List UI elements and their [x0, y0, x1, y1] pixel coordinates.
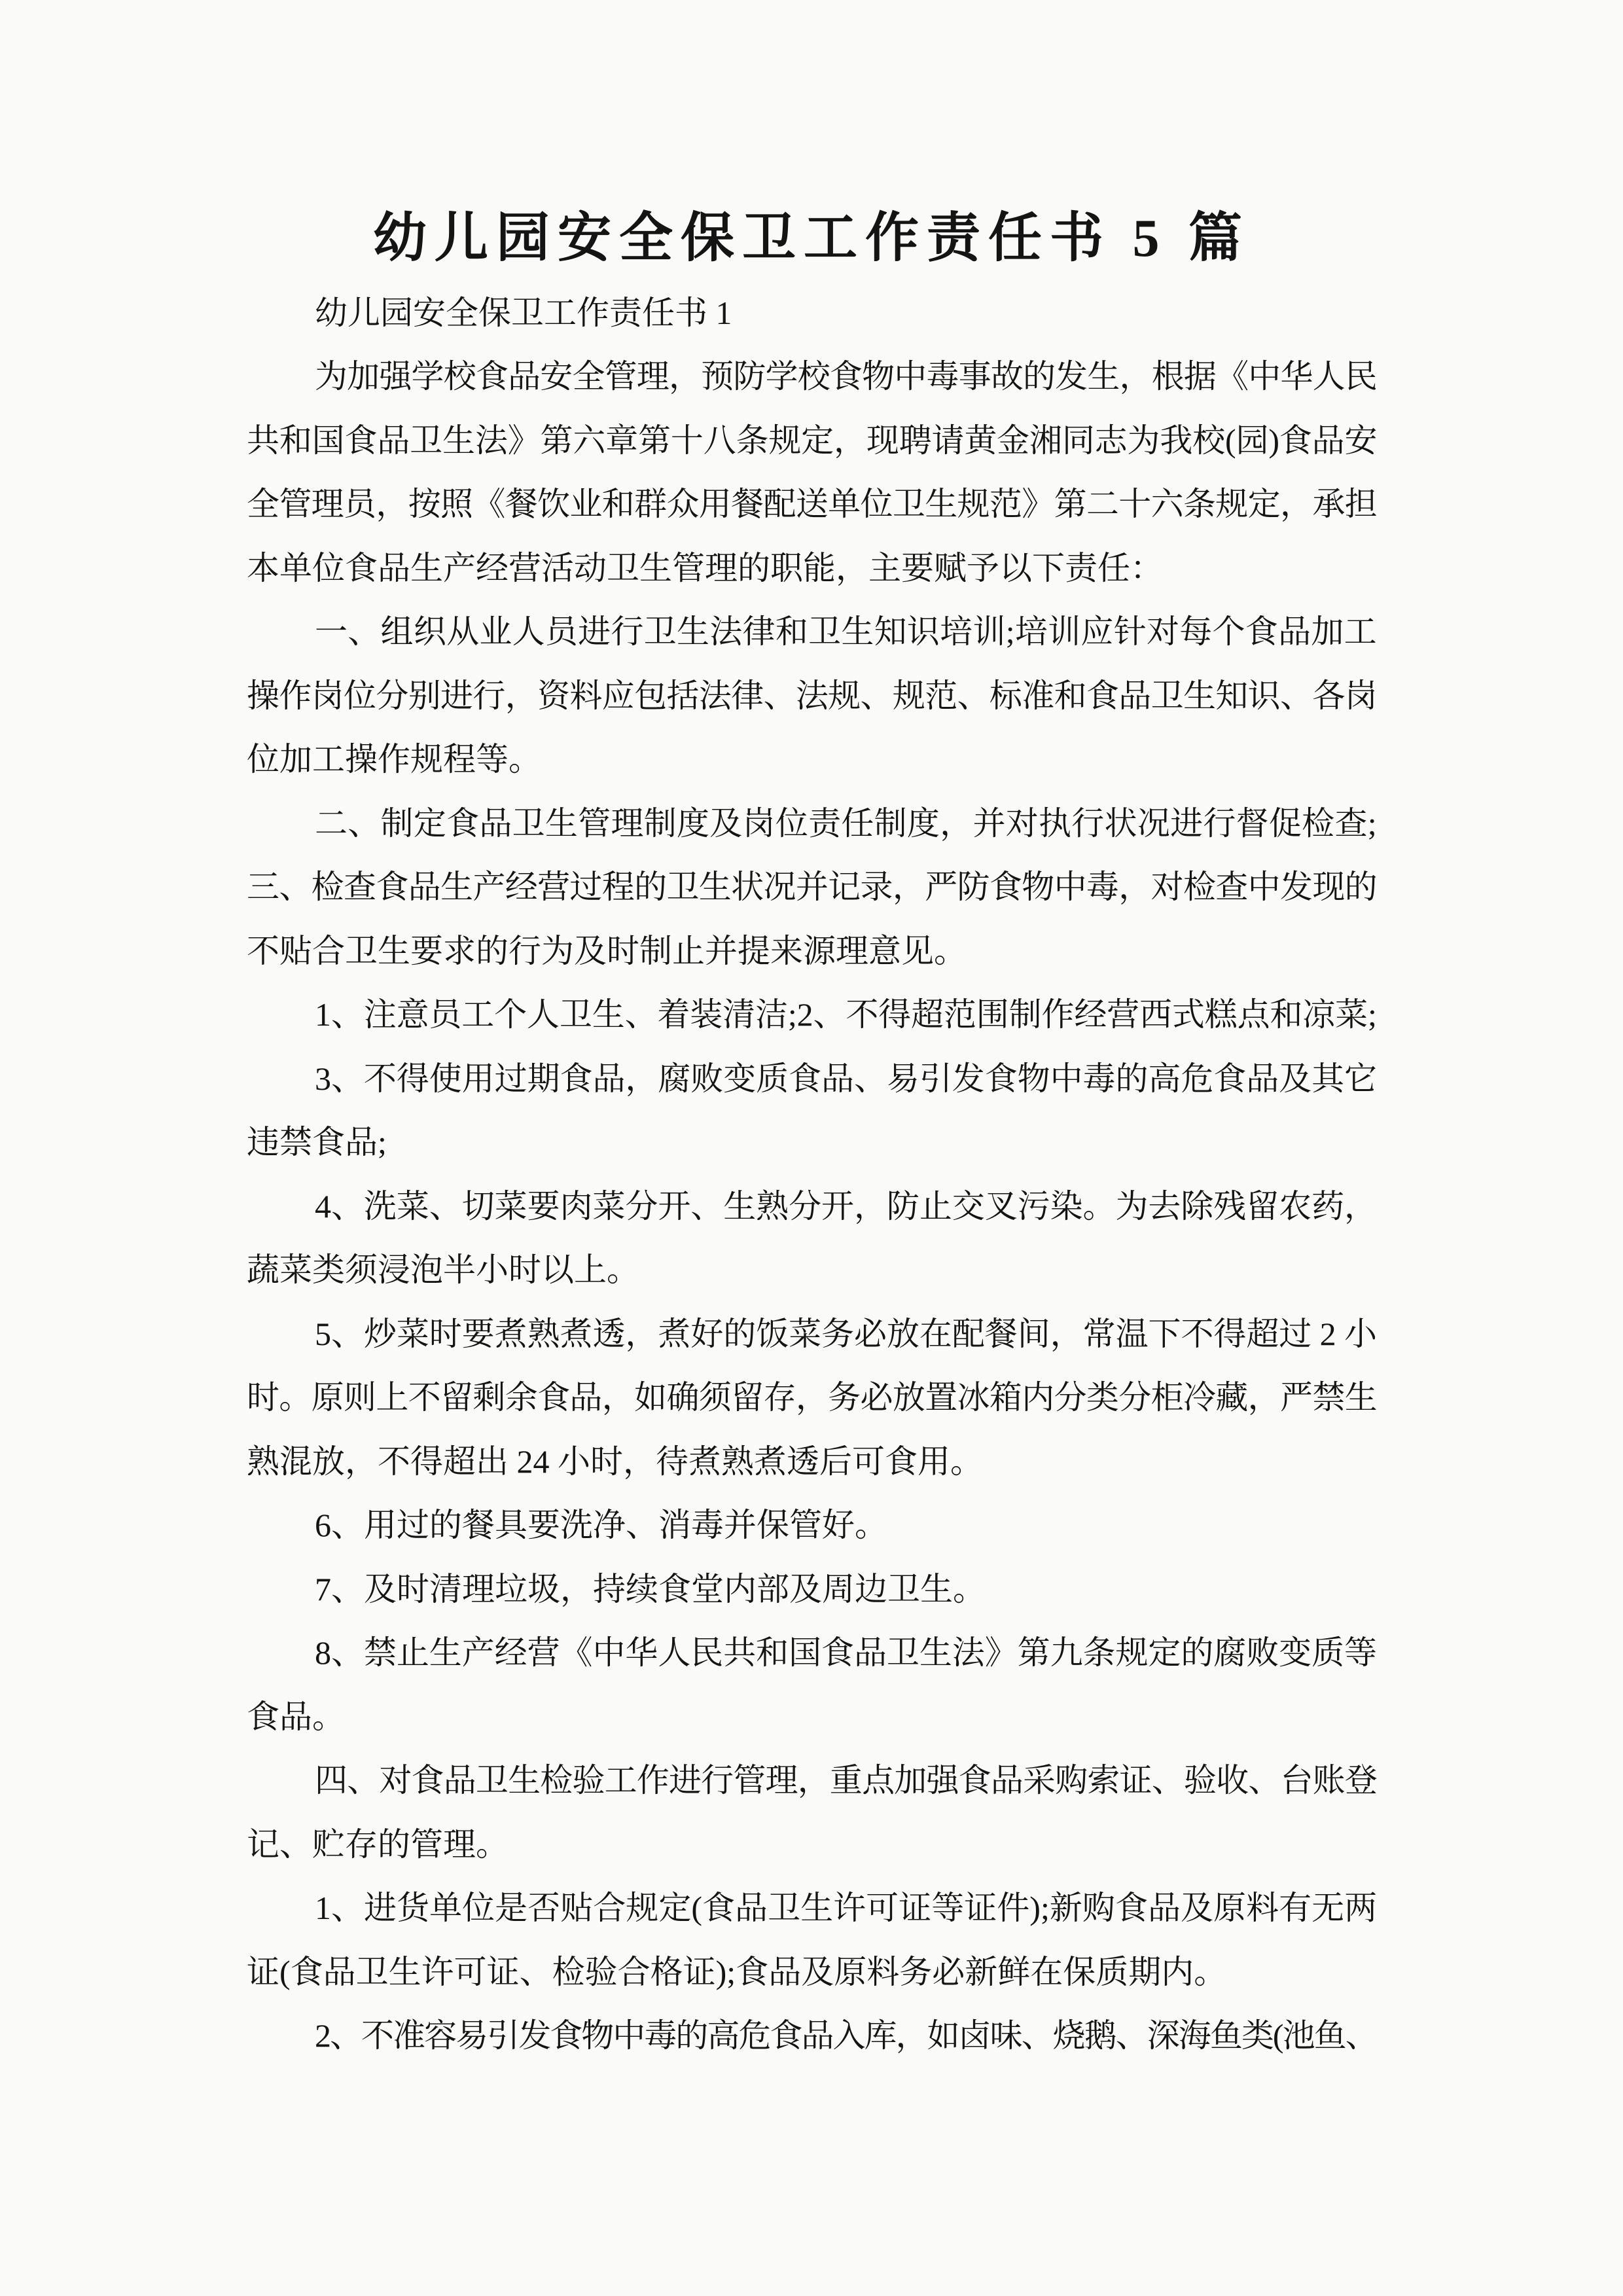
text-line: 1、进货单位是否贴合规定(食品卫生许可证等证件);新购食品及原料有无两: [315, 1876, 1377, 1940]
text-line: 共和国食品卫生法》第六章第十八条规定，现聘请黄金湘同志为我校(园)食品安: [247, 408, 1377, 473]
text-line: 食品。: [247, 1685, 345, 1749]
text-line: 本单位食品生产经营活动卫生管理的职能，主要赋予以下责任：: [247, 536, 1163, 600]
text-line: 操作岗位分别进行，资料应包括法律、法规、规范、标准和食品卫生知识、各岗: [247, 664, 1377, 728]
text-line: 2、不准容易引发食物中毒的高危食品入库，如卤味、烧鹅、深海鱼类(池鱼、: [315, 2003, 1377, 2068]
text-line: 三、检查食品生产经营过程的卫生状况并记录，严防食物中毒，对检查中发现的: [247, 855, 1377, 919]
text-line: 为加强学校食品安全管理，预防学校食物中毒事故的发生，根据《中华人民: [315, 344, 1377, 408]
text-line: 记、贮存的管理。: [247, 1812, 508, 1876]
text-line: 四、对食品卫生检验工作进行管理，重点加强食品采购索证、验收、台账登: [315, 1748, 1377, 1812]
text-line: 6、用过的餐具要洗净、消毒并保管好。: [315, 1493, 887, 1557]
text-line: 时。原则上不留剩余食品，如确须留存，务必放置冰箱内分类分柜冷藏，严禁生: [247, 1365, 1377, 1429]
text-line: 蔬菜类须浸泡半小时以上。: [247, 1238, 639, 1302]
text-line: 位加工操作规程等。: [247, 727, 541, 791]
text-line: 幼儿园安全保卫工作责任书 1: [315, 281, 732, 345]
document-body: 幼儿园安全保卫工作责任书 1为加强学校食品安全管理，预防学校食物中毒事故的发生，…: [0, 0, 1623, 2296]
text-line: 二、制定食品卫生管理制度及岗位责任制度，并对执行状况进行督促检查;: [315, 791, 1377, 855]
document-page: 幼儿园安全保卫工作责任书 5 篇 幼儿园安全保卫工作责任书 1为加强学校食品安全…: [0, 0, 1623, 2296]
text-line: 证(食品卫生许可证、检验合格证);食品及原料务必新鲜在保质期内。: [247, 1940, 1226, 2004]
text-line: 4、洗菜、切菜要肉菜分开、生熟分开，防止交叉污染。为去除残留农药，: [315, 1174, 1377, 1238]
text-line: 违禁食品;: [247, 1110, 387, 1174]
text-line: 5、炒菜时要煮熟煮透，煮好的饭菜务必放在配餐间，常温下不得超过 2 小: [315, 1302, 1377, 1366]
text-line: 不贴合卫生要求的行为及时制止并提来源理意见。: [247, 919, 967, 983]
text-line: 1、注意员工个人卫生、着装清洁;2、不得超范围制作经营西式糕点和凉菜;: [315, 982, 1377, 1047]
text-line: 8、禁止生产经营《中华人民共和国食品卫生法》第九条规定的腐败变质等: [315, 1621, 1377, 1685]
text-line: 一、组织从业人员进行卫生法律和卫生知识培训;培训应针对每个食品加工: [315, 600, 1377, 664]
text-line: 3、不得使用过期食品，腐败变质食品、易引发食物中毒的高危食品及其它: [315, 1047, 1377, 1111]
text-line: 熟混放，不得超出 24 小时，待煮熟煮透后可食用。: [247, 1429, 983, 1494]
text-line: 7、及时清理垃圾，持续食堂内部及周边卫生。: [315, 1557, 986, 1621]
text-line: 全管理员，按照《餐饮业和群众用餐配送单位卫生规范》第二十六条规定，承担: [247, 472, 1377, 536]
